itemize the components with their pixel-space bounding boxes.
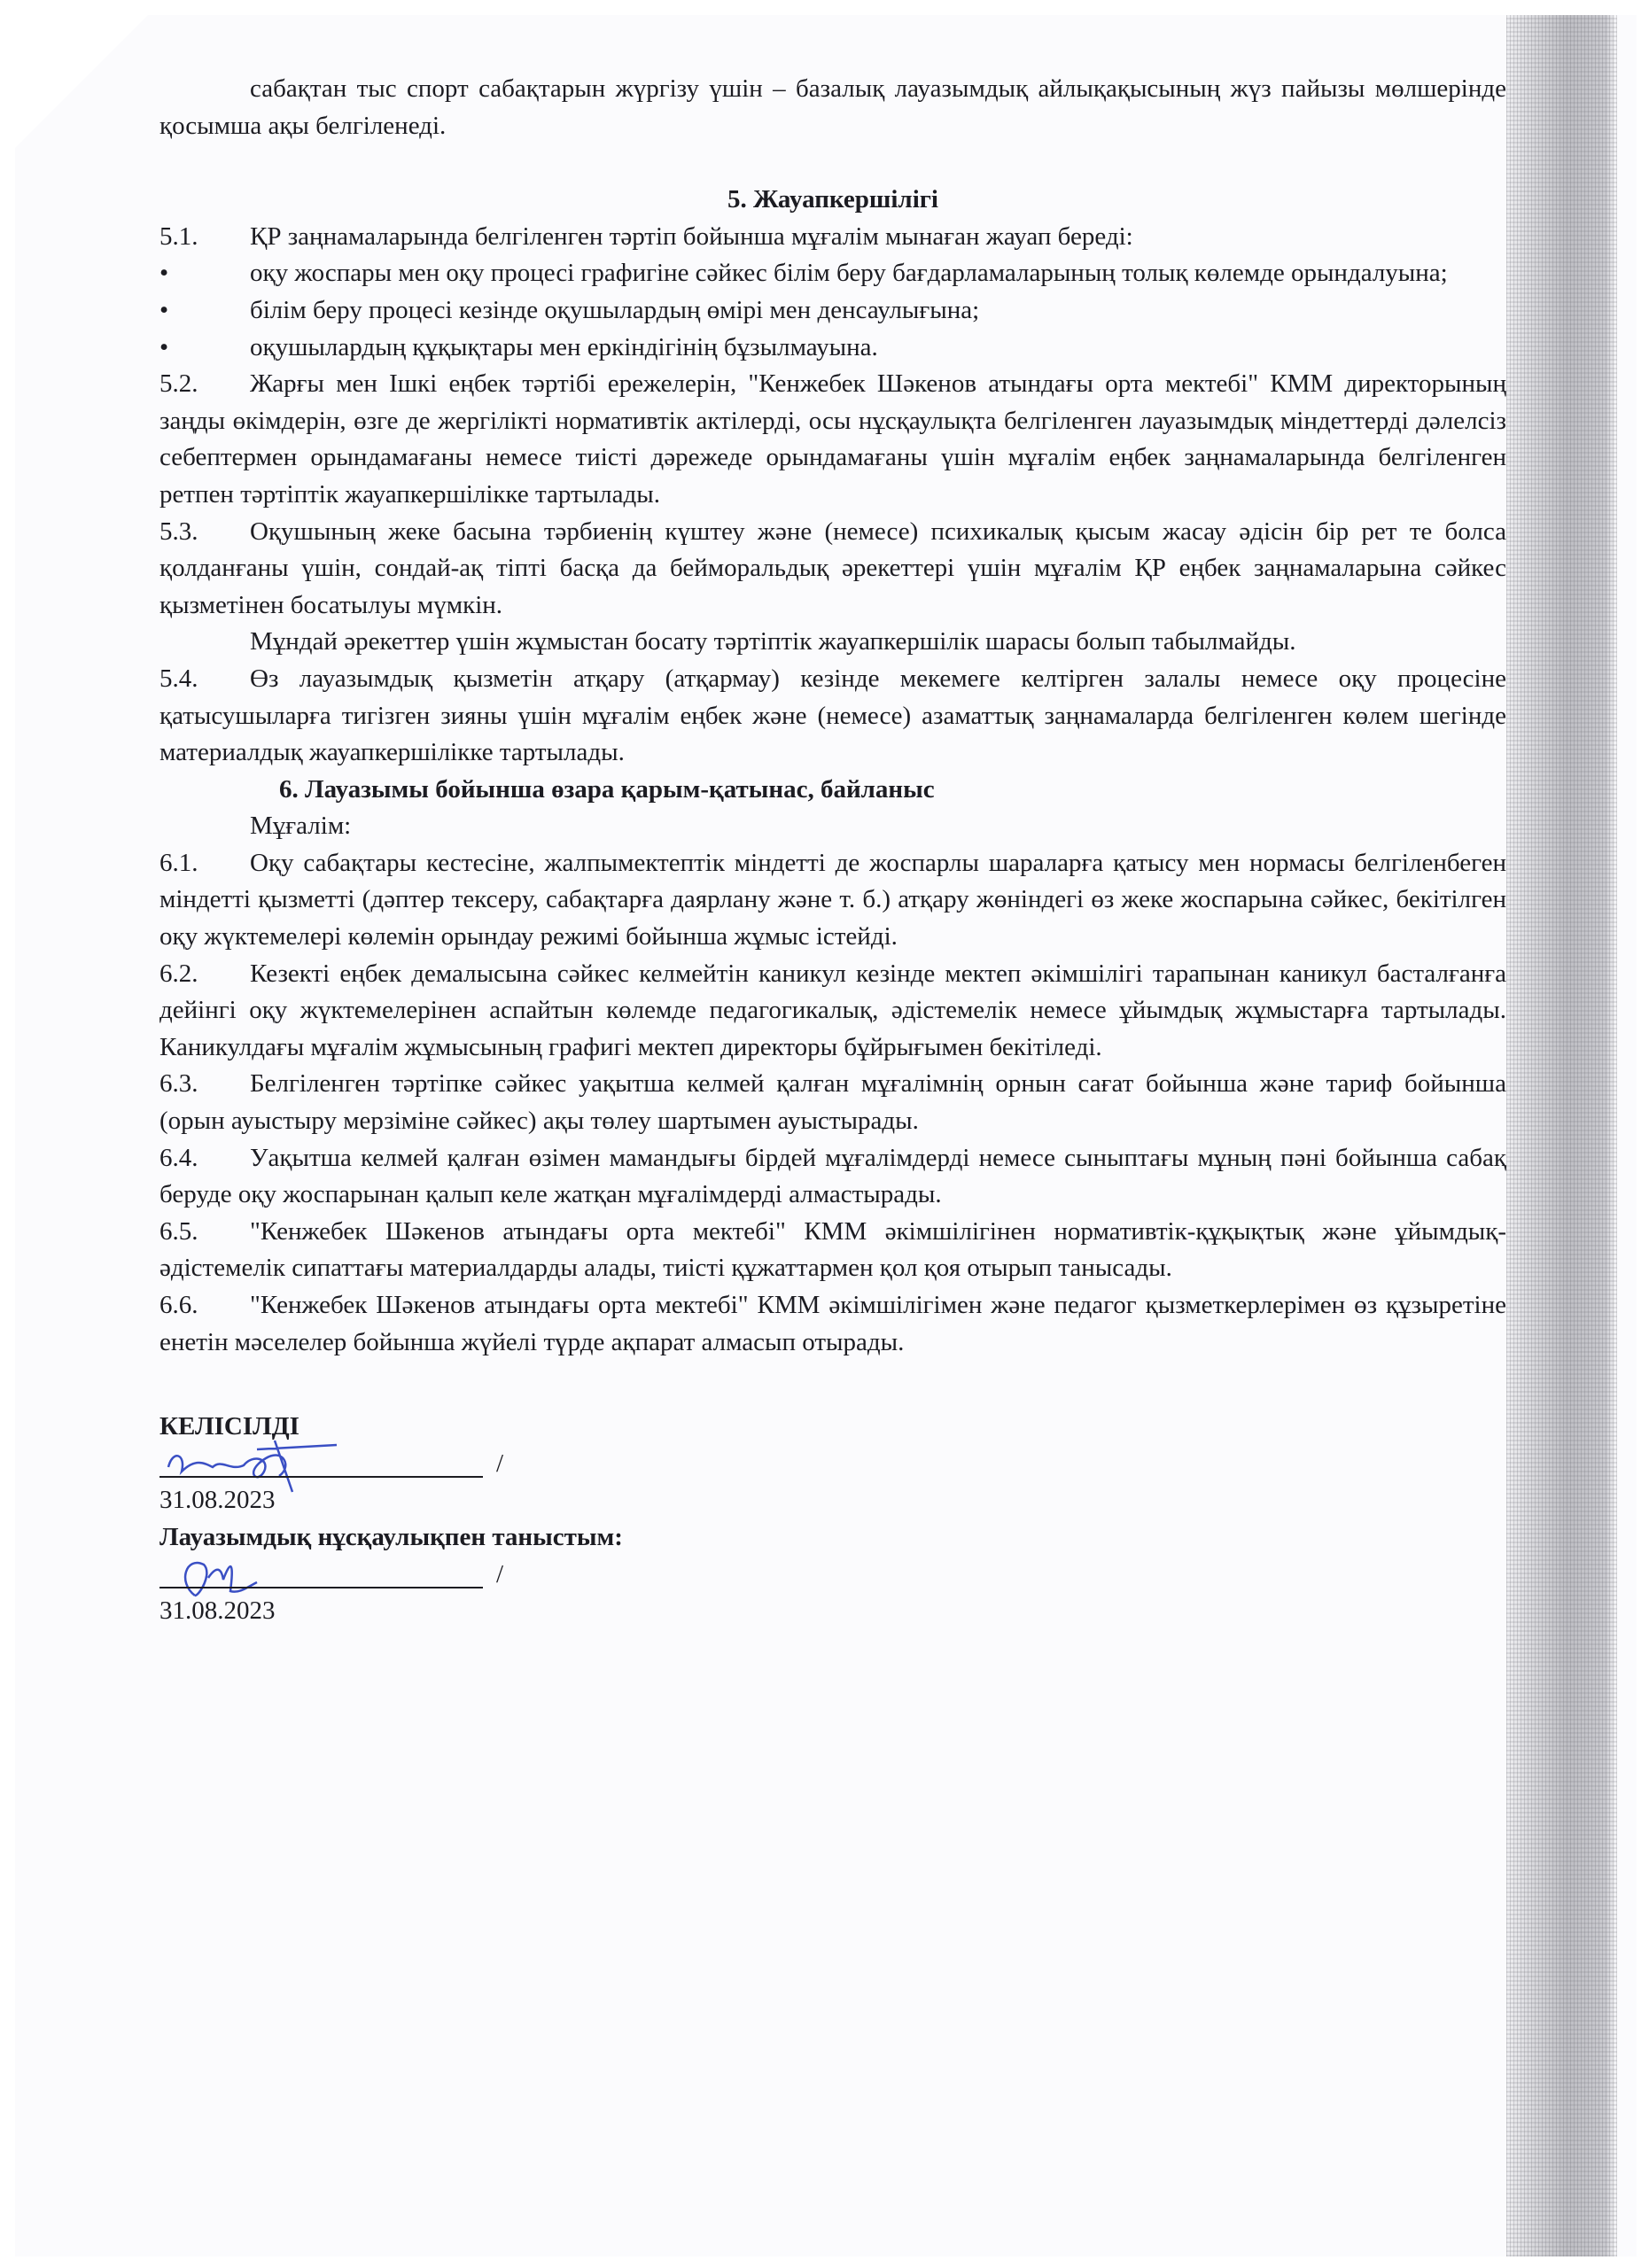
- clause-text: "Кенжебек Шәкенов атындағы орта мектебі"…: [159, 1291, 1506, 1356]
- clause-5-2: 5.2.Жарғы мен Ішкі еңбек тәртібі ережеле…: [159, 366, 1506, 513]
- bullet-item: •оқушылардың құқықтары мен еркіндігінің …: [159, 330, 1506, 367]
- clause-number: 6.4.: [159, 1140, 250, 1177]
- signature-underline: [159, 1587, 483, 1588]
- bullet-item: •оқу жоспары мен оқу процесі графигіне с…: [159, 255, 1506, 292]
- clause-text: Өз лауазымдық қызметін атқару (атқармау)…: [159, 664, 1506, 766]
- clause-6-5: 6.5."Кенжебек Шәкенов атындағы орта мект…: [159, 1214, 1506, 1287]
- clause-5-3: 5.3.Оқушының жеке басына тәрбиенің күште…: [159, 514, 1506, 625]
- clause-text: Белгіленген тәртіпке сәйкес уақытша келм…: [159, 1069, 1506, 1135]
- bullet-icon: •: [159, 292, 250, 330]
- clause-5-1: 5.1.ҚР заңнамаларында белгіленген тәртіп…: [159, 219, 1506, 256]
- clause-number: 6.1.: [159, 845, 250, 882]
- clause-number: 5.1.: [159, 219, 250, 256]
- clause-text: ҚР заңнамаларында белгіленген тәртіп бой…: [250, 222, 1133, 251]
- clause-6-4: 6.4.Уақытша келмей қалған өзімен маманды…: [159, 1140, 1506, 1214]
- signature-underline: [159, 1476, 483, 1478]
- acquainted-signature-line: /: [159, 1557, 1506, 1594]
- section-5-heading: 5. Жауапкершілігі: [159, 182, 1506, 219]
- section-6-lead: Мұғалім:: [159, 808, 1506, 845]
- bullet-text: білім беру процесі кезінде оқушылардың ө…: [250, 296, 979, 324]
- clause-6-6: 6.6."Кенжебек Шәкенов атындағы орта мект…: [159, 1287, 1506, 1361]
- agreed-signature-line: /: [159, 1446, 1506, 1483]
- clause-text: Уақытша келмей қалған өзімен мамандығы б…: [159, 1144, 1506, 1209]
- clause-text: Оқу сабақтары кестесіне, жалпымектептік …: [159, 849, 1506, 951]
- scan-noise-band: [1506, 15, 1617, 2256]
- document-body: сабақтан тыс спорт сабақтарын жүргізу үш…: [159, 71, 1506, 1630]
- section-6-heading: 6. Лауазымы бойынша өзара қарым-қатынас,…: [159, 772, 1506, 809]
- bullet-text: оқу жоспары мен оқу процесі графигіне сә…: [250, 259, 1448, 287]
- signature-slash: /: [496, 1557, 503, 1594]
- signature-icon: [159, 1542, 372, 1604]
- clause-number: 6.3.: [159, 1066, 250, 1103]
- clause-5-4: 5.4.Өз лауазымдық қызметін атқару (атқар…: [159, 661, 1506, 772]
- clause-number: 6.5.: [159, 1214, 250, 1251]
- clause-text: "Кенжебек Шәкенов атындағы орта мектебі"…: [159, 1217, 1506, 1283]
- clause-number: 5.3.: [159, 514, 250, 551]
- folded-corner: [15, 15, 148, 148]
- bullet-icon: •: [159, 255, 250, 292]
- clause-6-3: 6.3.Белгіленген тәртіпке сәйкес уақытша …: [159, 1066, 1506, 1139]
- bullet-text: оқушылардың құқықтары мен еркіндігінің б…: [250, 333, 878, 361]
- clause-text: Оқушының жеке басына тәрбиенің күштеу жә…: [159, 517, 1506, 619]
- signature-icon: [159, 1432, 372, 1494]
- clause-text: Кезекті еңбек демалысына сәйкес келмейті…: [159, 959, 1506, 1061]
- clause-6-1: 6.1.Оқу сабақтары кестесіне, жалпымектеп…: [159, 845, 1506, 956]
- clause-number: 6.2.: [159, 956, 250, 993]
- clause-number: 6.6.: [159, 1287, 250, 1324]
- bullet-icon: •: [159, 330, 250, 367]
- clause-number: 5.2.: [159, 366, 250, 403]
- clause-text: Жарғы мен Ішкі еңбек тәртібі ережелерін,…: [159, 369, 1506, 509]
- clause-6-2: 6.2.Кезекті еңбек демалысына сәйкес келм…: [159, 956, 1506, 1067]
- clause-number: 5.4.: [159, 661, 250, 698]
- signature-slash: /: [496, 1446, 503, 1483]
- intro-continuation: сабақтан тыс спорт сабақтарын жүргізу үш…: [159, 71, 1506, 144]
- clause-5-3-note: Мұндай әрекеттер үшін жұмыстан босату тә…: [159, 624, 1506, 661]
- bullet-item: •білім беру процесі кезінде оқушылардың …: [159, 292, 1506, 330]
